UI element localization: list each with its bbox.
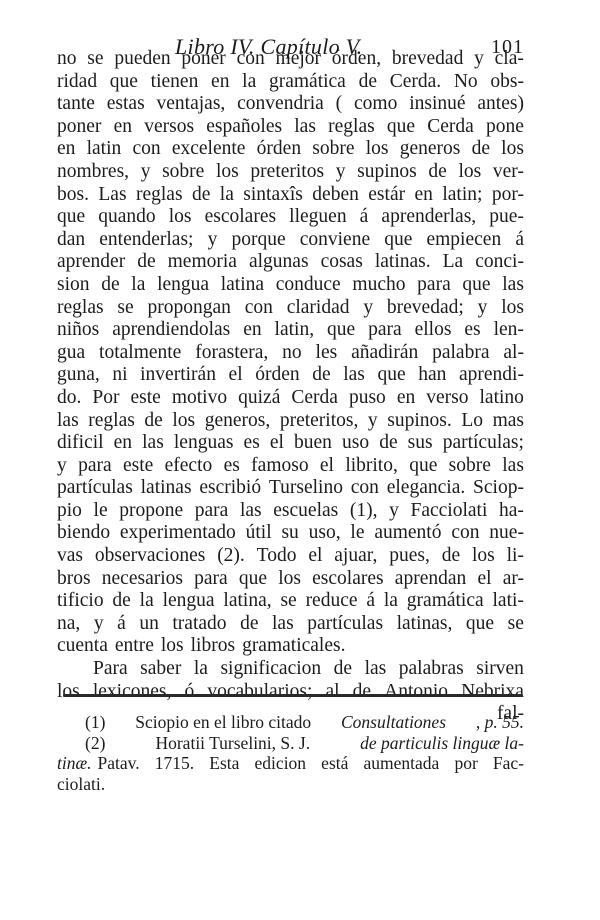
word: este <box>131 387 161 410</box>
word: con <box>245 297 273 320</box>
word: propongan <box>147 297 230 320</box>
word: sobre <box>312 138 354 161</box>
word: (2). <box>217 545 245 568</box>
word: gramática <box>269 71 346 94</box>
word: que <box>462 274 490 297</box>
word: ni <box>112 364 127 387</box>
word: de <box>353 681 371 704</box>
word: añadirán <box>351 342 418 365</box>
word: ellos <box>415 319 452 342</box>
word: de <box>334 658 352 681</box>
word: Cerda <box>291 387 338 410</box>
word: que <box>57 206 85 229</box>
text-line: aprenderdememoriaalgunascosaslatinas.Lac… <box>57 251 524 274</box>
word: uso <box>342 432 369 455</box>
word: lexicones, <box>93 681 172 704</box>
word: sus <box>408 432 433 455</box>
word: Las <box>98 184 126 207</box>
word: (1), <box>350 500 378 523</box>
text-line: dificilenlaslenguaseselbuenusodesuspartí… <box>57 432 524 455</box>
word: brevedad; <box>387 297 464 320</box>
word: quando <box>98 206 155 229</box>
word: Sciop- <box>473 477 524 500</box>
word: latinas, <box>397 613 453 636</box>
text-line: yparaesteefectoesfamosoellibrito,quesobr… <box>57 455 524 478</box>
word: que <box>387 116 415 139</box>
word: el <box>477 568 491 591</box>
word: órden, <box>332 48 381 71</box>
word: escribió <box>199 477 261 500</box>
word: versos <box>144 116 194 139</box>
text-line: partículaslatinasescribióTurselinoconele… <box>57 477 524 500</box>
word: forastera, <box>195 342 268 365</box>
word: lati- <box>493 590 524 613</box>
word: cosas <box>321 251 363 274</box>
word: los <box>216 161 239 184</box>
footnotes: (1) Sciopio en el libro citado Consultat… <box>57 712 524 794</box>
footnote-marker: (2) <box>85 733 105 754</box>
word: de <box>359 71 377 94</box>
word: libros <box>191 635 235 658</box>
word: propone <box>119 500 183 523</box>
text-line: na,yáuntratadodelaspartículaslatinas,que… <box>57 613 524 636</box>
word: se <box>117 297 133 320</box>
word: lenguas <box>174 432 234 455</box>
text-line: nosepuedenponerconmejorórden,brevedadycl… <box>57 48 524 71</box>
word: las <box>294 116 316 139</box>
text-line: cuentaentreloslibrosgramaticales. <box>57 635 524 658</box>
word: sintaxîs <box>243 184 303 207</box>
word: en <box>57 138 75 161</box>
word: partículas; <box>443 432 524 455</box>
word: la <box>384 590 398 613</box>
word: la <box>220 184 234 207</box>
text-line: tanteestasventajas,convendria(comoinsinu… <box>57 93 524 116</box>
word: este <box>123 455 153 478</box>
text-line: do.PorestemotivoquizáCerdapusoenversolat… <box>57 387 524 410</box>
word: al- <box>503 342 524 365</box>
word: los <box>472 545 495 568</box>
word: los <box>161 635 184 658</box>
word: para <box>78 455 112 478</box>
word: un <box>139 613 159 636</box>
word: á <box>366 590 375 613</box>
word: órden <box>255 364 299 387</box>
text-line: pioleproponeparalasescuelas(1),yFacciola… <box>57 500 524 523</box>
word: y <box>141 161 151 184</box>
word: se <box>280 590 296 613</box>
word: la <box>194 658 208 681</box>
word: pueden <box>114 48 170 71</box>
word: han <box>418 364 446 387</box>
word: las <box>343 364 365 387</box>
word: li- <box>507 545 524 568</box>
word: órden <box>257 138 301 161</box>
word: útil <box>246 522 272 545</box>
word: y <box>389 500 399 523</box>
word: con <box>351 477 379 500</box>
word: antes) <box>477 93 524 116</box>
word: mucho <box>352 274 405 297</box>
word: cla- <box>495 48 524 71</box>
word: Por <box>92 387 119 410</box>
word: en <box>114 432 132 455</box>
word: aprender <box>57 251 125 274</box>
word: que <box>377 364 405 387</box>
word: y <box>57 455 67 478</box>
word: Facciolati <box>410 500 487 523</box>
word: nombres, <box>57 161 129 184</box>
text-line: brosnecesariosparaquelosescolaresaprenda… <box>57 568 524 591</box>
word: verso <box>426 387 468 410</box>
word: latin; <box>442 184 482 207</box>
word: conci- <box>475 251 524 274</box>
footnote-title: de particulis linguæ la- <box>360 733 524 754</box>
word: tratado <box>172 613 226 636</box>
text-line: tificiodelalengualatina,sereduceálagramá… <box>57 590 524 613</box>
text-line: loslexicones,óvocabularios;aldeAntonioNe… <box>57 681 524 704</box>
word: conviene <box>300 229 370 252</box>
text-line: siondelalengualatinaconducemuchoparaquel… <box>57 274 524 297</box>
word: preteritos <box>250 161 324 184</box>
word: famoso <box>251 455 308 478</box>
word: para <box>195 500 229 523</box>
word: mejor <box>276 48 321 71</box>
word: reglas <box>328 116 375 139</box>
word: las <box>502 455 524 478</box>
word: con <box>237 48 265 71</box>
word: ventajas, <box>157 93 226 116</box>
word: latino <box>480 387 524 410</box>
word: cuenta <box>57 635 108 658</box>
word: en <box>114 116 132 139</box>
word: latina <box>221 274 264 297</box>
word: y <box>363 297 373 320</box>
word: de <box>137 251 155 274</box>
word: sobre <box>449 455 491 478</box>
word: sobre <box>162 161 204 184</box>
word: puso <box>349 387 386 410</box>
word: en <box>243 319 261 342</box>
word: las <box>365 658 387 681</box>
word: las <box>142 432 164 455</box>
word: latinas. <box>375 251 431 274</box>
book-page: Libro IV. Capítulo V. 101 nosepuedenpone… <box>0 0 600 920</box>
word: Lo <box>461 410 483 433</box>
word: de <box>472 138 490 161</box>
footnote-1: (1) Sciopio en el libro citado Consultat… <box>57 712 524 733</box>
word: y <box>208 229 218 252</box>
word: escolares <box>205 206 276 229</box>
word: Turselino <box>269 477 343 500</box>
word: pue- <box>489 206 524 229</box>
word: las <box>57 410 79 433</box>
word: biendo <box>57 522 110 545</box>
word: elegancia. <box>387 477 466 500</box>
word: ar- <box>503 568 524 591</box>
word: ajuar, <box>334 545 377 568</box>
word: reglas <box>136 184 183 207</box>
word: sion <box>57 274 90 297</box>
word: saber <box>140 658 181 681</box>
word: los <box>169 206 192 229</box>
word: observaciones <box>95 545 205 568</box>
word: no <box>282 342 302 365</box>
word: aprenderlas, <box>381 206 476 229</box>
word: aumentó <box>374 522 441 545</box>
word: á <box>515 229 524 252</box>
word: de <box>112 590 130 613</box>
word: Antonio <box>384 681 448 704</box>
word: Todo <box>257 545 297 568</box>
word: latin <box>87 138 122 161</box>
word: ( <box>336 93 343 116</box>
word: y <box>336 161 346 184</box>
text-line: nombres,ysobrelospreteritosysupinosdelos… <box>57 161 524 184</box>
word: no <box>57 48 77 71</box>
word: generos <box>400 138 461 161</box>
word: como <box>354 93 397 116</box>
word: brevedad <box>392 48 463 71</box>
word: pues, <box>389 545 430 568</box>
word: ó <box>184 681 194 704</box>
word: algunas <box>249 251 309 274</box>
word: totalmente <box>99 342 181 365</box>
word: con <box>451 522 479 545</box>
word: tificio <box>57 590 104 613</box>
word: los <box>458 161 481 184</box>
word: lengua <box>157 274 209 297</box>
word: la <box>140 590 154 613</box>
word: buen <box>294 432 332 455</box>
word: la <box>242 71 256 94</box>
word: bros <box>57 568 91 591</box>
word: vocabularios; <box>207 681 312 704</box>
word: entre <box>115 635 154 658</box>
word: y <box>478 297 488 320</box>
word: escuelas <box>273 500 338 523</box>
word: librito, <box>345 455 398 478</box>
word: las <box>240 500 262 523</box>
word: Cerda <box>427 116 474 139</box>
word: preteritos, <box>280 410 359 433</box>
text-line: ridadquetienenenlagramáticadeCerda.Noobs… <box>57 71 524 94</box>
word: bos. <box>57 184 89 207</box>
word: les <box>316 342 338 365</box>
word: reglas <box>57 297 104 320</box>
word: deben <box>312 184 359 207</box>
word: con <box>132 138 160 161</box>
word: se <box>87 48 103 71</box>
word: gua <box>57 342 85 365</box>
word: que <box>110 71 138 94</box>
word: Cerda. <box>390 71 441 94</box>
word: porque <box>231 229 285 252</box>
word: No <box>454 71 478 94</box>
word: aprendi- <box>459 364 524 387</box>
word: que <box>239 568 267 591</box>
word: tienen <box>151 71 199 94</box>
word: len- <box>494 319 524 342</box>
text-line: Parasaberlasignificaciondelaspalabrassir… <box>57 658 524 681</box>
word: pone <box>486 116 524 139</box>
word: el <box>229 364 243 387</box>
footnote-rule <box>63 694 523 697</box>
word: latin, <box>275 319 315 342</box>
word: partículas <box>57 477 133 500</box>
word: ver- <box>493 161 524 184</box>
word: estár <box>368 184 405 207</box>
word: los <box>501 138 524 161</box>
word: en <box>211 71 229 94</box>
word: su <box>281 522 298 545</box>
word: el <box>320 455 334 478</box>
word: reduce <box>306 590 358 613</box>
footnote-title-end: tinæ. <box>57 753 92 774</box>
word: supinos. <box>387 410 451 433</box>
word: á <box>117 613 126 636</box>
word: partículas <box>307 613 383 636</box>
word: escolares <box>312 568 383 591</box>
word: entenderlas; <box>99 229 193 252</box>
word: quizá <box>238 387 280 410</box>
word: lleguen <box>289 206 346 229</box>
text-line: guatotalmenteforastera,nolesañadiránpala… <box>57 342 524 365</box>
word: aprendiendolas <box>112 319 230 342</box>
footnote-page-ref: , p. 55. <box>476 712 524 733</box>
text-line: ponerenversosespañoleslasreglasqueCerdap… <box>57 116 524 139</box>
word: en <box>397 387 415 410</box>
word: es <box>224 455 240 478</box>
word: la <box>131 274 145 297</box>
word: excelente <box>172 138 246 161</box>
word: do. <box>57 387 81 410</box>
text-line: biendoexperimentadoútilsuuso,leaumentóco… <box>57 522 524 545</box>
word: para <box>368 319 402 342</box>
word: latina, <box>223 590 271 613</box>
footnote-text: Sciopio en el libro citado <box>135 712 311 733</box>
word: poner <box>57 116 101 139</box>
word: á <box>360 206 369 229</box>
word: gramaticales. <box>242 635 345 658</box>
footnote-text: Horatii Turselini, S. J. <box>155 733 310 754</box>
word: insinué <box>409 93 465 116</box>
word: es <box>464 319 480 342</box>
footnote-title: Consultationes <box>341 712 446 733</box>
word: se <box>508 613 524 636</box>
word: que <box>466 613 494 636</box>
word: conduce <box>276 274 341 297</box>
word: Nebrixa <box>461 681 524 704</box>
text-line: lasreglasdelosgeneros,preteritos,ysupino… <box>57 410 524 433</box>
word: aprendan <box>395 568 466 591</box>
text-line: bos.Lasreglasdelasintaxîsdebenestárenlat… <box>57 184 524 207</box>
word: memoria <box>168 251 237 274</box>
text-line: niñosaprendiendolasenlatin,queparaellose… <box>57 319 524 342</box>
word: las <box>502 274 524 297</box>
text-line: enlatinconexcelenteórdensobrelosgenerosd… <box>57 138 524 161</box>
word: los <box>501 297 524 320</box>
text-line: quequandolosescolareslleguenáaprenderlas… <box>57 206 524 229</box>
word: vas <box>57 545 83 568</box>
word: empiecen <box>426 229 501 252</box>
word: motivo <box>172 387 227 410</box>
word: le <box>94 500 108 523</box>
word: que <box>384 229 412 252</box>
text-line: vasobservaciones(2).Todoelajuar,pues,del… <box>57 545 524 568</box>
word: dan <box>57 229 85 252</box>
word: es <box>244 432 260 455</box>
word: generos, <box>205 410 271 433</box>
word: invertirán <box>140 364 216 387</box>
word: ha- <box>499 500 524 523</box>
footnote-text: ciolati. <box>57 774 105 795</box>
word: palabra <box>432 342 489 365</box>
word: pio <box>57 500 82 523</box>
body-text: nosepuedenponerconmejorórden,brevedadycl… <box>57 48 524 726</box>
word: reglas <box>88 410 135 433</box>
word: efecto <box>165 455 213 478</box>
word: claridad <box>287 297 350 320</box>
word: convendria <box>237 93 324 116</box>
word: de <box>240 613 258 636</box>
word: supinos <box>357 161 417 184</box>
word: de <box>101 274 119 297</box>
word: y <box>94 613 104 636</box>
word: le <box>350 522 364 545</box>
footnote-marker: (1) <box>85 712 105 733</box>
word: niños <box>57 319 99 342</box>
word: ridad <box>57 71 97 94</box>
text-line: guna,niinvertiránelórdendelasquehanapren… <box>57 364 524 387</box>
word: nue- <box>489 522 524 545</box>
word: de <box>428 161 446 184</box>
word: que <box>327 319 355 342</box>
word: de <box>192 184 210 207</box>
word: lengua <box>163 590 215 613</box>
word: guna, <box>57 364 100 387</box>
word: de <box>312 364 330 387</box>
word: La <box>443 251 464 274</box>
word: al <box>325 681 339 704</box>
footnote-2: (2) Horatii Turselini, S. J. de particul… <box>57 733 524 754</box>
word: Para <box>93 658 128 681</box>
word: españoles <box>206 116 282 139</box>
word: y <box>368 410 378 433</box>
word: el <box>308 545 322 568</box>
word: latinas <box>141 477 192 500</box>
word: que <box>409 455 437 478</box>
footnote-text: Patav. 1715. Esta edicion está aumentada… <box>98 753 524 774</box>
word: de <box>379 432 397 455</box>
word: obs- <box>490 71 524 94</box>
word: necesarios <box>102 568 183 591</box>
word: para <box>417 274 451 297</box>
word: gramática <box>407 590 484 613</box>
word: los <box>172 410 195 433</box>
word: de <box>144 410 162 433</box>
text-line: danentenderlas;yporqueconvienequeempiece… <box>57 229 524 252</box>
word: los <box>57 681 80 704</box>
word: el <box>270 432 284 455</box>
word: poner <box>181 48 225 71</box>
word: en <box>415 184 433 207</box>
word: experimentado <box>120 522 236 545</box>
word: palabras <box>399 658 464 681</box>
word: por- <box>492 184 524 207</box>
word: los <box>366 138 389 161</box>
word: las <box>272 613 294 636</box>
